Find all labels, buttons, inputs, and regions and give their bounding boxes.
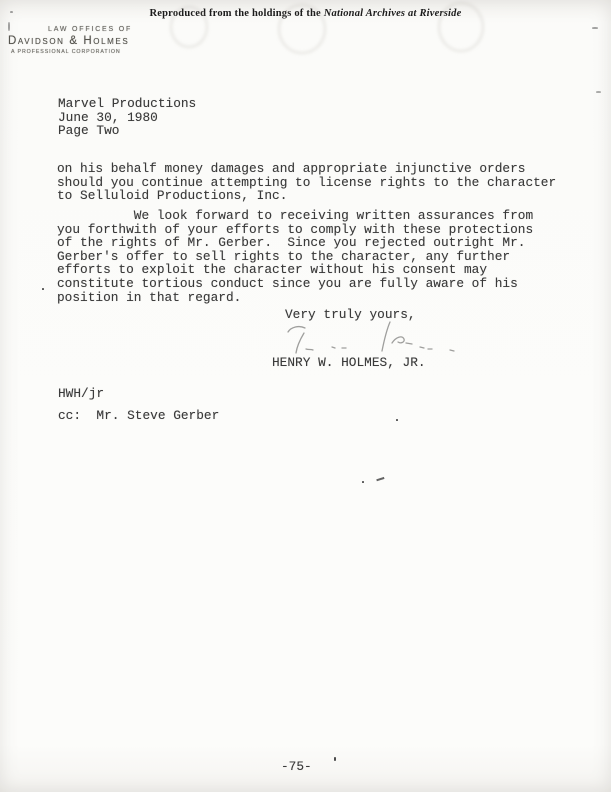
signature-scribble bbox=[282, 320, 462, 356]
cc-line: cc: Mr. Steve Gerber bbox=[58, 409, 219, 423]
document-page: Reproduced from the holdings of the Nati… bbox=[0, 0, 611, 792]
letterhead-offices-line: LAW OFFICES OF bbox=[48, 26, 132, 33]
page-number: -75- bbox=[281, 760, 312, 774]
letterhead: LAW OFFICES OF Davidson & Holmes A PROFE… bbox=[8, 26, 132, 55]
body-paragraph-1: on his behalf money damages and appropri… bbox=[57, 162, 556, 203]
typist-initials: HWH/jr bbox=[58, 387, 104, 401]
scan-speck bbox=[8, 22, 10, 31]
scan-speck bbox=[362, 481, 364, 483]
recipient-block: Marvel Productions June 30, 1980 Page Tw… bbox=[58, 97, 196, 138]
scan-speck bbox=[596, 91, 601, 93]
scan-speck bbox=[396, 419, 398, 421]
letterhead-subtitle: A PROFESSIONAL CORPORATION bbox=[11, 49, 132, 55]
scan-speck bbox=[10, 11, 13, 13]
scan-smudge bbox=[278, 4, 326, 54]
scan-speck bbox=[334, 757, 336, 761]
body-paragraph-2: We look forward to receiving written ass… bbox=[57, 209, 533, 304]
scan-speck bbox=[592, 27, 598, 29]
scan-smudge bbox=[170, 6, 208, 48]
signature-name: HENRY W. HOLMES, JR. bbox=[272, 356, 426, 370]
letterhead-firm-name: Davidson & Holmes bbox=[8, 35, 132, 47]
scan-speck bbox=[42, 288, 44, 290]
scan-smudge bbox=[438, 2, 484, 52]
scan-speck bbox=[376, 477, 385, 485]
